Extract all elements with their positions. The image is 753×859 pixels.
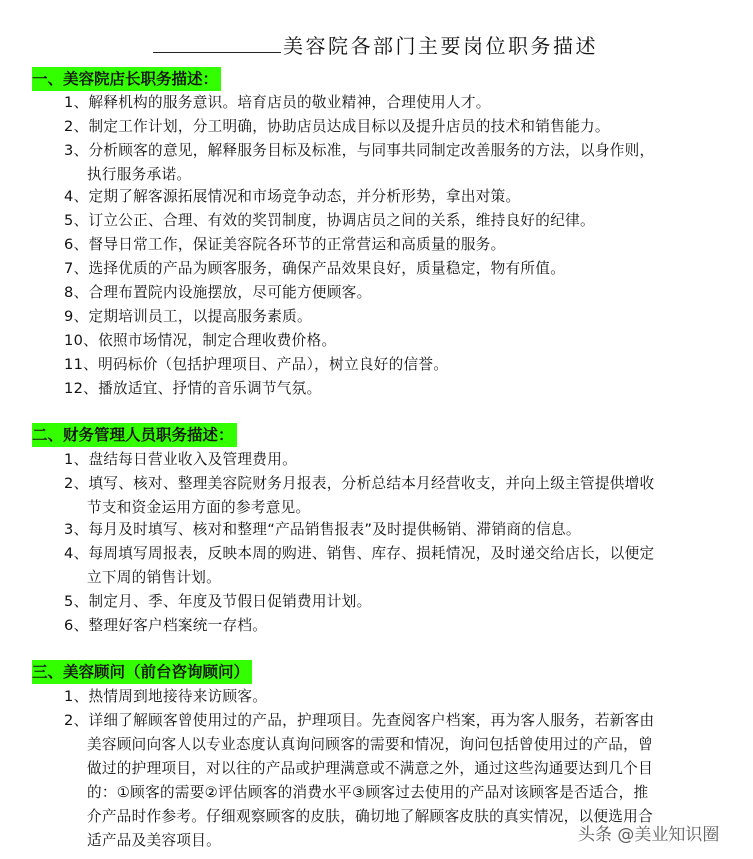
list-item: 2、详细了解顾客曾使用过的产品，护理项目。先查阅客户档案，再为客人服务，若新客由… xyxy=(64,709,654,853)
list-item: 2、制定工作计划，分工明确，协助店员达成目标以及提升店员的技术和销售能力。 xyxy=(64,115,610,139)
item-line: 2、详细了解顾客曾使用过的产品，护理项目。先查阅客户档案，再为客人服务，若新客由 xyxy=(64,712,654,729)
item-line: 6、督导日常工作，保证美容院各环节的正常营运和高质量的服务。 xyxy=(64,236,506,253)
item-line-continuation: 介产品时作参考。仔细观察顾客的皮肤，确切地了解顾客皮肤的真实情况，以便选用合 xyxy=(64,805,654,829)
list-item: 3、每月及时填写、核对和整理“产品销售报表”及时提供畅销、滞销商的信息。 xyxy=(64,518,581,542)
item-line: 1、热情周到地接待来访顾客。 xyxy=(64,688,267,705)
document-title: 美容院各部门主要岗位职务描述 xyxy=(153,30,598,60)
item-line: 12、播放适宜、抒情的音乐调节气氛。 xyxy=(64,380,321,397)
item-line: 11、明码标价（包括护理项目、产品），树立良好的信誉。 xyxy=(64,356,448,373)
title-text: 美容院各部门主要岗位职务描述 xyxy=(283,34,598,58)
item-line: 10、依照市场情况，制定合理收费价格。 xyxy=(64,332,336,349)
list-item: 6、整理好客户档案统一存档。 xyxy=(64,614,267,638)
list-item: 3、分析顾客的意见，解释服务目标及标准，与同事共同制定改善服务的方法，以身作则，… xyxy=(64,139,654,187)
list-item: 1、盘结每日营业收入及管理费用。 xyxy=(64,448,297,472)
list-item: 4、定期了解客源拓展情况和市场竞争动态，并分析形势，拿出对策。 xyxy=(64,185,520,209)
list-item: 1、解释机构的服务意识。培育店员的敬业精神，合理使用人才。 xyxy=(64,91,491,115)
item-line: 6、整理好客户档案统一存档。 xyxy=(64,617,267,634)
item-line: 1、盘结每日营业收入及管理费用。 xyxy=(64,451,297,468)
title-blank-underline xyxy=(153,30,281,53)
list-item: 5、制定月、季、年度及节假日促销费用计划。 xyxy=(64,590,371,614)
item-line: 8、合理布置院内设施摆放，尽可能方便顾客。 xyxy=(64,284,371,301)
item-line: 7、选择优质的产品为顾客服务，确保产品效果良好，质量稳定，物有所值。 xyxy=(64,260,565,277)
item-line: 9、定期培训员工，以提高服务素质。 xyxy=(64,308,312,325)
list-item: 8、合理布置院内设施摆放，尽可能方便顾客。 xyxy=(64,281,371,305)
list-item: 2、填写、核对、整理美容院财务月报表，分析总结本月经营收支，并向上级主管提供增收… xyxy=(64,472,654,520)
item-line-continuation: 立下周的销售计划。 xyxy=(64,566,654,590)
section-heading-finance-staff: 二、财务管理人员职务描述： xyxy=(32,423,237,447)
item-line-continuation: 适产品及美容项目。 xyxy=(64,829,654,853)
item-line: 5、订立公正、合理、有效的奖罚制度，协调店员之间的关系，维持良好的纪律。 xyxy=(64,212,595,229)
item-line-continuation: 美容顾问向客人以专业态度认真询问顾客的需要和情况，询问包括曾使用过的产品，曾 xyxy=(64,733,654,757)
item-line: 3、分析顾客的意见，解释服务目标及标准，与同事共同制定改善服务的方法，以身作则， xyxy=(64,142,654,159)
list-item: 7、选择优质的产品为顾客服务，确保产品效果良好，质量稳定，物有所值。 xyxy=(64,257,565,281)
list-item: 12、播放适宜、抒情的音乐调节气氛。 xyxy=(64,377,321,401)
section-heading-store-manager: 一、美容院店长职务描述： xyxy=(32,67,221,91)
item-line: 2、制定工作计划，分工明确，协助店员达成目标以及提升店员的技术和销售能力。 xyxy=(64,118,610,135)
watermark: 头条 @美业知识圈 xyxy=(578,820,719,845)
item-line-continuation: 做过的护理项目，对以往的产品或护理满意或不满意之外，通过这些沟通要达到几个目 xyxy=(64,757,654,781)
list-item: 5、订立公正、合理、有效的奖罚制度，协调店员之间的关系，维持良好的纪律。 xyxy=(64,209,595,233)
list-item: 1、热情周到地接待来访顾客。 xyxy=(64,685,267,709)
item-line: 4、每周填写周报表，反映本周的购进、销售、库存、损耗情况，及时递交给店长，以便定 xyxy=(64,545,654,562)
item-line: 3、每月及时填写、核对和整理“产品销售报表”及时提供畅销、滞销商的信息。 xyxy=(64,521,581,538)
list-item: 4、每周填写周报表，反映本周的购进、销售、库存、损耗情况，及时递交给店长，以便定… xyxy=(64,542,654,590)
item-line: 1、解释机构的服务意识。培育店员的敬业精神，合理使用人才。 xyxy=(64,94,491,111)
item-line-continuation: 节支和资金运用方面的参考意见。 xyxy=(64,496,654,520)
item-line-continuation: 执行服务承诺。 xyxy=(64,163,654,187)
list-item: 9、定期培训员工，以提高服务素质。 xyxy=(64,305,312,329)
section-heading-beauty-consultant: 三、美容顾问（前台咨询顾问） xyxy=(32,660,252,684)
item-line: 5、制定月、季、年度及节假日促销费用计划。 xyxy=(64,593,371,610)
item-line-continuation: 的：①顾客的需要②评估顾客的消费水平③顾客过去使用的产品对该顾客是否适合，推 xyxy=(64,781,654,805)
list-item: 11、明码标价（包括护理项目、产品），树立良好的信誉。 xyxy=(64,353,448,377)
list-item: 6、督导日常工作，保证美容院各环节的正常营运和高质量的服务。 xyxy=(64,233,506,257)
list-item: 10、依照市场情况，制定合理收费价格。 xyxy=(64,329,336,353)
item-line: 4、定期了解客源拓展情况和市场竞争动态，并分析形势，拿出对策。 xyxy=(64,188,520,205)
item-line: 2、填写、核对、整理美容院财务月报表，分析总结本月经营收支，并向上级主管提供增收 xyxy=(64,475,654,492)
